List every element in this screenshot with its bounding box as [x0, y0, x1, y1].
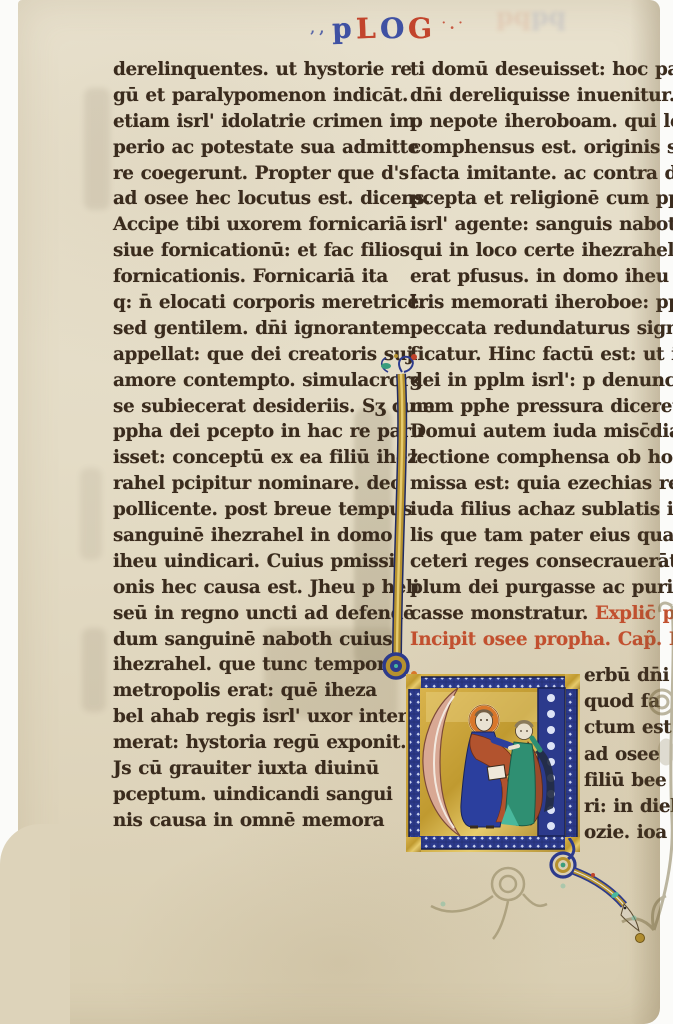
text-line: ppha dei pcepto in hac re paru: [113, 419, 403, 445]
text-line: iheu uindicari. Cuius pmissi: [113, 549, 403, 575]
text-line: nem pphe pressura diceretur.: [410, 394, 673, 420]
text-line: pollicente. post breue tempus: [113, 497, 403, 523]
text-line: lectione comphensa ob hoc p: [410, 445, 673, 471]
text-line: rahel pcipitur nominare. deo: [113, 471, 403, 497]
title-letter: p: [332, 11, 357, 45]
text-line: ihezrahel. que tunc temporis: [113, 652, 403, 678]
text-line: dei in pplm isrl': p denunciatō: [410, 368, 673, 394]
text-line: ad osee hec locutus est. dicens.: [113, 186, 403, 212]
show-through-text: [82, 628, 106, 712]
show-through-text: [84, 88, 110, 210]
text-line: bel ahab regis isrl' uxor intere: [113, 704, 403, 730]
text-column-right: ti domū deseuisset: hoc pactodn̄i dereli…: [410, 57, 673, 652]
text-line: appellat: que dei creatoris suj: [113, 342, 403, 368]
text-line: lis que tam pater eius quam: [410, 523, 673, 549]
text-line: pcepta et religionē cum pplō: [410, 186, 673, 212]
text-line: q: n̄ elocati corporis meretricē:: [113, 290, 403, 316]
text-line: dum sanguinē naboth cuius: [113, 627, 403, 653]
text-line: comphensus est. originis sue: [410, 135, 673, 161]
text-line: tris memorati iheroboe: ppt': [410, 290, 673, 316]
text-line: fornicationis. Fornicariā ita: [113, 264, 403, 290]
text-line: sed gentilem. dn̄i ignorantem: [113, 316, 403, 342]
text-line: dn̄i dereliquisse inuenitur. Cuʒ: [410, 83, 673, 109]
text-line: merat: hystoria regū exponit.: [113, 730, 403, 756]
text-line: pceptum. uindicandi sangui: [113, 782, 403, 808]
text-line: perio ac potestate sua admitte: [113, 135, 403, 161]
text-line: metropolis erat: quē iheza: [113, 678, 403, 704]
text-line: ti domū deseuisset: hoc pacto: [410, 57, 673, 83]
text-line: p nepote iheroboam. qui lectōe: [410, 109, 673, 135]
running-title-letters: pLOG: [332, 12, 436, 45]
leaf: [381, 363, 391, 369]
title-letter: L: [355, 11, 380, 45]
berry: [411, 354, 417, 360]
text-line: Js cū grauiter iuxta diuinū: [113, 756, 403, 782]
text-line: isset: conceptū ex ea filiū ihez: [113, 445, 403, 471]
title-letter: O: [379, 11, 409, 45]
running-title: ‚, pLOG ˙·˙: [310, 6, 466, 50]
text-line: erat pfusus. in domo iheu pa: [410, 264, 673, 290]
text-line: nis causa in omnē memora: [113, 808, 403, 834]
text-line: Domui autem iuda misc̄dia: [410, 419, 673, 445]
text-line: iuda filius achaz sublatis ido: [410, 497, 673, 523]
text-line: qui in loco certe ihezrahel fu: [410, 238, 673, 264]
pen-flourish: ˙·˙: [440, 19, 466, 37]
text-line: plum dei purgasse ac purifi: [410, 575, 673, 601]
text-line: re coegerunt. Propter que d's: [113, 161, 403, 187]
text-line: gū et paralypomenon indicāt.: [113, 83, 403, 109]
text-line: amore contempto. simulacrorʒ: [113, 368, 403, 394]
text-line: onis hec causa est. Jheu p heli: [113, 575, 403, 601]
foliate-top: [399, 357, 413, 372]
text-line: siue fornicationū: et fac filios: [113, 238, 403, 264]
text-line: derelinquentes. ut hystorie re: [113, 57, 403, 83]
manuscript-photo: pqpq ‚, pLOG ˙·˙ derelinquentes. ut hyst…: [0, 0, 673, 1024]
text-line: isrl' agente: sanguis naboth: [410, 212, 673, 238]
parchment-edge: [0, 824, 70, 1024]
text-line: missa est: quia ezechias rex: [410, 471, 673, 497]
text-line: ficatur. Hinc factū est: ut ira: [410, 342, 673, 368]
parchment-leaf: pqpq ‚, pLOG ˙·˙ derelinquentes. ut hyst…: [18, 0, 660, 1024]
hand: [510, 746, 518, 748]
marginal-penwork-bottom: [413, 846, 623, 946]
text-line: etiam isrl' idolatrie crimen im: [113, 109, 403, 135]
show-through-text: [80, 468, 102, 560]
pen-flourish: ‚,: [310, 19, 328, 37]
book: [487, 765, 506, 780]
text-column-left: derelinquentes. ut hystorie regū et para…: [113, 57, 403, 834]
text-line: peccata redundaturus signi: [410, 316, 673, 342]
text-line: ceteri reges consecrauerāt. tē: [410, 549, 673, 575]
text-line: sanguinē ihezrahel in domo: [113, 523, 403, 549]
title-letter: G: [408, 11, 437, 45]
bar-ornament: [374, 350, 422, 686]
text-line: facta imitante. ac contra dei: [410, 161, 673, 187]
text-line: Accipe tibi uxorem fornicariā: [113, 212, 403, 238]
text-line: seū in regno uncti ad defendē: [113, 601, 403, 627]
illuminated-initial: [406, 674, 580, 852]
text-line: se subiecerat desideriis. Sʒ cum: [113, 394, 403, 420]
